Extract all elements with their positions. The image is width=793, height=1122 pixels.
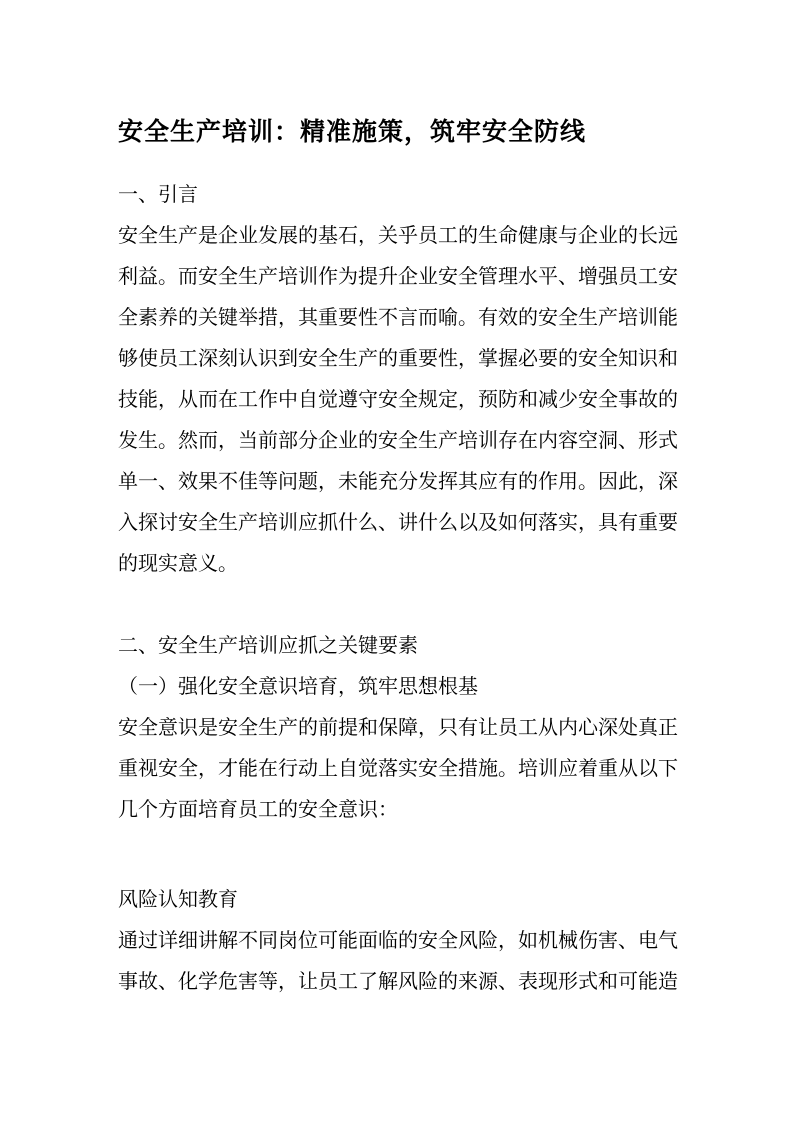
- document-title: 安全生产培训：精准施策，筑牢安全防线: [118, 113, 678, 151]
- document-content: 安全生产培训：精准施策，筑牢安全防线 一、引言 安全生产是企业发展的基石，关乎员…: [118, 113, 678, 1003]
- section-heading-introduction: 一、引言: [118, 175, 678, 216]
- paragraph-risk-awareness-truncated: 通过详细讲解不同岗位可能面临的安全风险，如机械伤害、电气事故、化学危害等，让员工…: [118, 921, 678, 1003]
- paragraph-safety-awareness: 安全意识是安全生产的前提和保障，只有让员工从内心深处真正重视安全，才能在行动上自…: [118, 708, 678, 831]
- section-heading-key-elements: 二、安全生产培训应抓之关键要素: [118, 626, 678, 667]
- subsection-heading-safety-awareness: （一）强化安全意识培育，筑牢思想根基: [118, 667, 678, 708]
- paragraph-introduction: 安全生产是企业发展的基石，关乎员工的生命健康与企业的长远利益。而安全生产培训作为…: [118, 216, 678, 585]
- topic-heading-risk-awareness-education: 风险认知教育: [118, 880, 678, 921]
- document-page: 安全生产培训：精准施策，筑牢安全防线 一、引言 安全生产是企业发展的基石，关乎员…: [0, 0, 793, 1122]
